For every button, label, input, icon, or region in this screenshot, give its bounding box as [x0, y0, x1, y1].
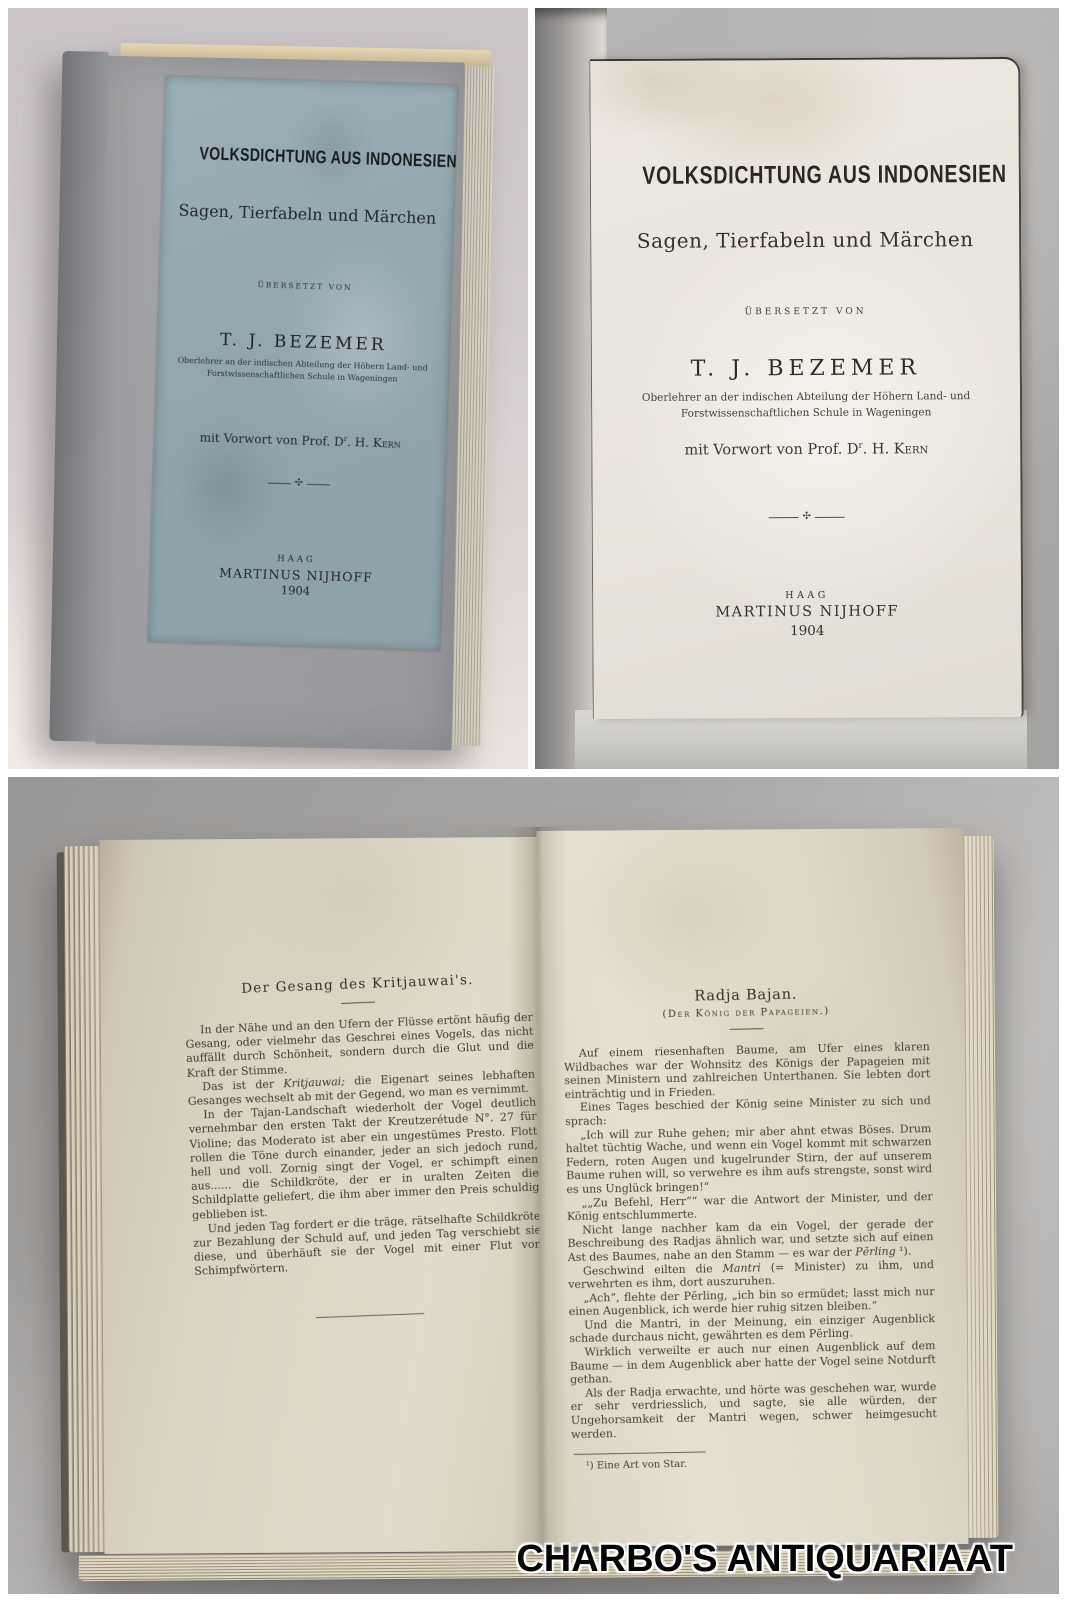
title-page-title: VOLKSDICHTUNG AUS INDONESIEN [591, 159, 1019, 191]
chapter-heading-left: Der Gesang des Kritjauwai's. [183, 970, 531, 999]
watermark: CHARBO'S ANTIQUARIAAT [516, 1538, 1013, 1581]
cover-foreword-line: mit Vorwort von Prof. Dr. H. Kern [154, 428, 446, 452]
ornament-divider: ✣ [593, 511, 1021, 523]
title-page-publisher: MARTINUS NIJHOFF [593, 603, 1021, 621]
book-paragraph: Auf einem riesenhaften Baume, am Ufer ei… [564, 1040, 931, 1101]
right-page-text: Radja Bajan. (Der König der Papageien.) … [563, 984, 938, 1472]
ornament-divider: ✣ [153, 474, 445, 493]
heading-rule [341, 1002, 375, 1004]
right-page: Radja Bajan. (Der König der Papageien.) … [536, 828, 968, 1547]
book-paragraph: Wirklich verweilte er auch nur einen Aug… [569, 1339, 936, 1387]
book-paragraph: Als der Radja erwachte, und hörte was ge… [570, 1380, 937, 1441]
bookseller-photo-composite: VOLKSDICHTUNG AUS INDONESIEN Sagen, Tier… [0, 0, 1067, 1600]
title-page-foreword-line: mit Vorwort von Prof. Dr. H. Kern [592, 440, 1020, 459]
book-paragraph: „Ich will zur Ruhe gehen; mir aber ahnt … [565, 1122, 932, 1197]
book-paragraph: Nicht lange nachher kam da ein Vogel, de… [567, 1217, 934, 1265]
footnote: ¹) Eine Art von Star. [572, 1454, 938, 1472]
title-page-affiliation: Oberlehrer an der indischen Abteilung de… [592, 389, 1020, 423]
right-page-paragraphs: Auf einem riesenhaften Baume, am Ufer ei… [564, 1040, 938, 1441]
title-page-translated-by: ÜBERSETZT VON [592, 306, 1020, 318]
title-page-subtitle: Sagen, Tierfabeln und Märchen [591, 227, 1019, 253]
cover-label: VOLKSDICHTUNG AUS INDONESIEN Sagen, Tier… [148, 76, 458, 651]
open-book: Der Gesang des Kritjauwai's. In der Nähe… [63, 824, 1003, 1566]
title-page-author: T. J. BEZEMER [592, 355, 1020, 382]
left-page: Der Gesang des Kritjauwai's. In der Nähe… [100, 837, 542, 1554]
title-page-year: 1904 [593, 622, 1021, 640]
left-page-text: Der Gesang des Kritjauwai's. In der Nähe… [183, 970, 544, 1323]
cover-author: T. J. BEZEMER [157, 328, 449, 357]
footnote-rule [574, 1452, 706, 1456]
right-page-stack-edges [964, 836, 999, 1538]
photo-title-page: VOLKSDICHTUNG AUS INDONESIEN Sagen, Tier… [535, 8, 1059, 769]
heading-rule [729, 1028, 763, 1030]
photo-open-book: Der Gesang des Kritjauwai's. In der Nähe… [8, 777, 1059, 1594]
left-page-paragraphs: In der Nähe und an den Ufern der Flüsse … [185, 1011, 543, 1280]
title-page-city: HAAG [593, 589, 1021, 602]
cover-subtitle: Sagen, Tierfabeln und Märchen [161, 200, 453, 228]
chapter-heading-right: Radja Bajan. [563, 984, 929, 1007]
cover-title: VOLKSDICHTUNG AUS INDONESIEN [163, 142, 456, 172]
book: VOLKSDICHTUNG AUS INDONESIEN Sagen, Tier… [49, 42, 494, 752]
book-gutter-shadow [507, 827, 570, 1557]
title-page: VOLKSDICHTUNG AUS INDONESIEN Sagen, Tier… [589, 57, 1023, 719]
book-paragraph: In der Tajan-Landschaft wiederholt der V… [188, 1096, 540, 1223]
book-paragraph: Und jeden Tag fordert er die träge, räts… [192, 1209, 542, 1279]
cover-affiliation: Oberlehrer an der indischen Abteilung de… [156, 354, 449, 388]
photo-book-cover: VOLKSDICHTUNG AUS INDONESIEN Sagen, Tier… [8, 8, 528, 769]
left-page-stack-edges [64, 846, 105, 1552]
cover-translated-by: ÜBERSETZT VON [159, 277, 451, 295]
chapter-subheading-right: (Der König der Papageien.) [563, 1004, 929, 1022]
section-end-rule [316, 1313, 424, 1318]
